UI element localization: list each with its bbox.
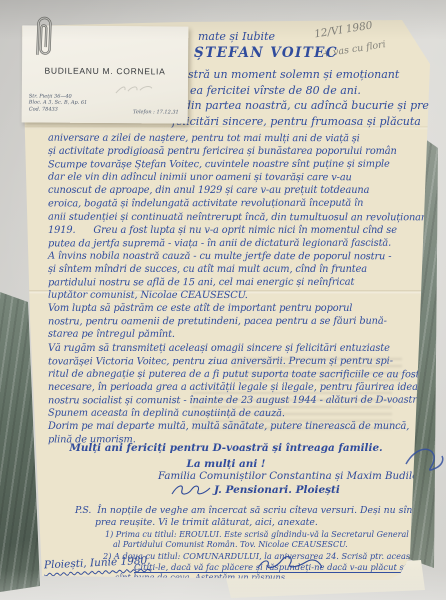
handwritten-line: al Partidului Comunist Român. Tov. Nicol… [113,540,348,549]
handwritten-line: ȘTEFAN VOITEC [194,45,338,61]
handwritten-line: ea fericitei vîrste de 80 de ani. [190,84,361,97]
handwritten-line: Spunem aceasta în deplină cunoștiință de… [48,407,428,421]
handwritten-line: aniversare a zilei de naștere, pentru to… [48,132,428,146]
card-address: Str. Pieții 36—40 Bloc. A 3, Sc. B, Ap. … [29,93,88,113]
blue-ink-scribble-icon [402,440,446,482]
handwritten-line: nostru, pentru oamenii de pretutindeni, … [48,315,428,329]
handwritten-line: La mulți ani ! [52,457,400,473]
paper-clip-icon [29,13,59,62]
pencil-date-annotation: 12/VI 1980 [313,19,373,40]
handwritten-line: tovarășei Victoria Voitec, pentru ziua a… [48,354,428,368]
handwritten-line: P.S. În nopțile de veghe am încercat să … [75,505,416,516]
card-name: BUDILEANU M. CORNELIA [22,65,188,76]
signature-names: J. Pensionari. Ploiești [214,484,340,496]
handwritten-line: starea pe întregul pămînt. [48,328,428,342]
handwritten-line: luptător comunist, Nicolae CEAUSESCU. [48,289,428,303]
handwritten-line: putea da jertfa supremă - viața - în ani… [48,236,428,250]
handwritten-line: prea reușite. Vi le trimit alăturat, aic… [95,517,318,528]
handwritten-line: nostru socialist și comunist - înainte d… [48,393,428,407]
handwritten-line: dar ele vin din adîncul inimii unor oame… [48,171,428,185]
handwritten-line: 1919. Greu a fost lupta și nu v-a oprit … [48,224,428,237]
signature-row: J. Pensionari. Ploiești [170,482,340,498]
handwritten-line: felicitări sincere, pentru frumoasa și p… [172,115,421,128]
handwritten-line: A învins nobila noastră cauză - cu multe… [48,250,428,264]
handwritten-line: anii studenției și continuată neîntrerup… [48,210,428,224]
handwritten-line: necesare, în perioada grea a activității… [48,381,428,394]
final-signature-flourish-icon [254,550,326,576]
handwritten-line: din partea noastră, cu adîncă bucurie și… [184,99,446,112]
handwritten-line: Vă rugăm să transmiteți aceleași omagii … [48,342,428,355]
handwritten-line: și sîntem mîndri de succes, cu atît mai … [48,263,428,276]
handwritten-line: stră un moment solemn și emoționant [188,68,399,81]
handwritten-line: Scumpe tovarășe Ștefan Voitec, cuvintele… [48,158,428,172]
handwritten-line: ritul de abnegație și puterea de a fi pu… [48,367,428,381]
letter-closing-lines: Mulți ani fericiți pentru D-voastră și î… [52,441,400,472]
signature-flourish-icon [170,482,212,498]
handwritten-line: 1) Prima cu titlul: EROULUI. Este scrisă… [105,530,409,539]
handwritten-line: mate și Iubite [198,30,275,43]
handwritten-line: cunoscut de aproape, din anul 1929 și ca… [48,184,428,197]
handwritten-line: partidului nostru se află de 15 ani, cel… [48,276,428,290]
handwritten-line: și activitate prodigioasă pentru fericir… [48,145,428,158]
handwritten-line: Dorim pe mai departe multă, multă sănăta… [48,420,428,433]
family-signature-line: Familia Comuniștilor Constantina și Maxi… [158,471,437,482]
scanned-letter-photo: 12/VI 1980 + vas cu flori mate și Iubite… [0,0,446,600]
pencil-smudge-icon [114,82,154,96]
letter-body-lines: aniversare a zilei de naștere, pentru to… [48,132,428,446]
card-phone: Telefon : 17.12.31 [133,109,179,115]
handwritten-line: eroica, bogată și îndelungată activitate… [48,197,428,211]
handwritten-line: Vom lupta să păstrăm ce este atît de imp… [48,302,428,315]
handwritten-line: Mulți ani fericiți pentru D-voastră și î… [52,441,400,457]
